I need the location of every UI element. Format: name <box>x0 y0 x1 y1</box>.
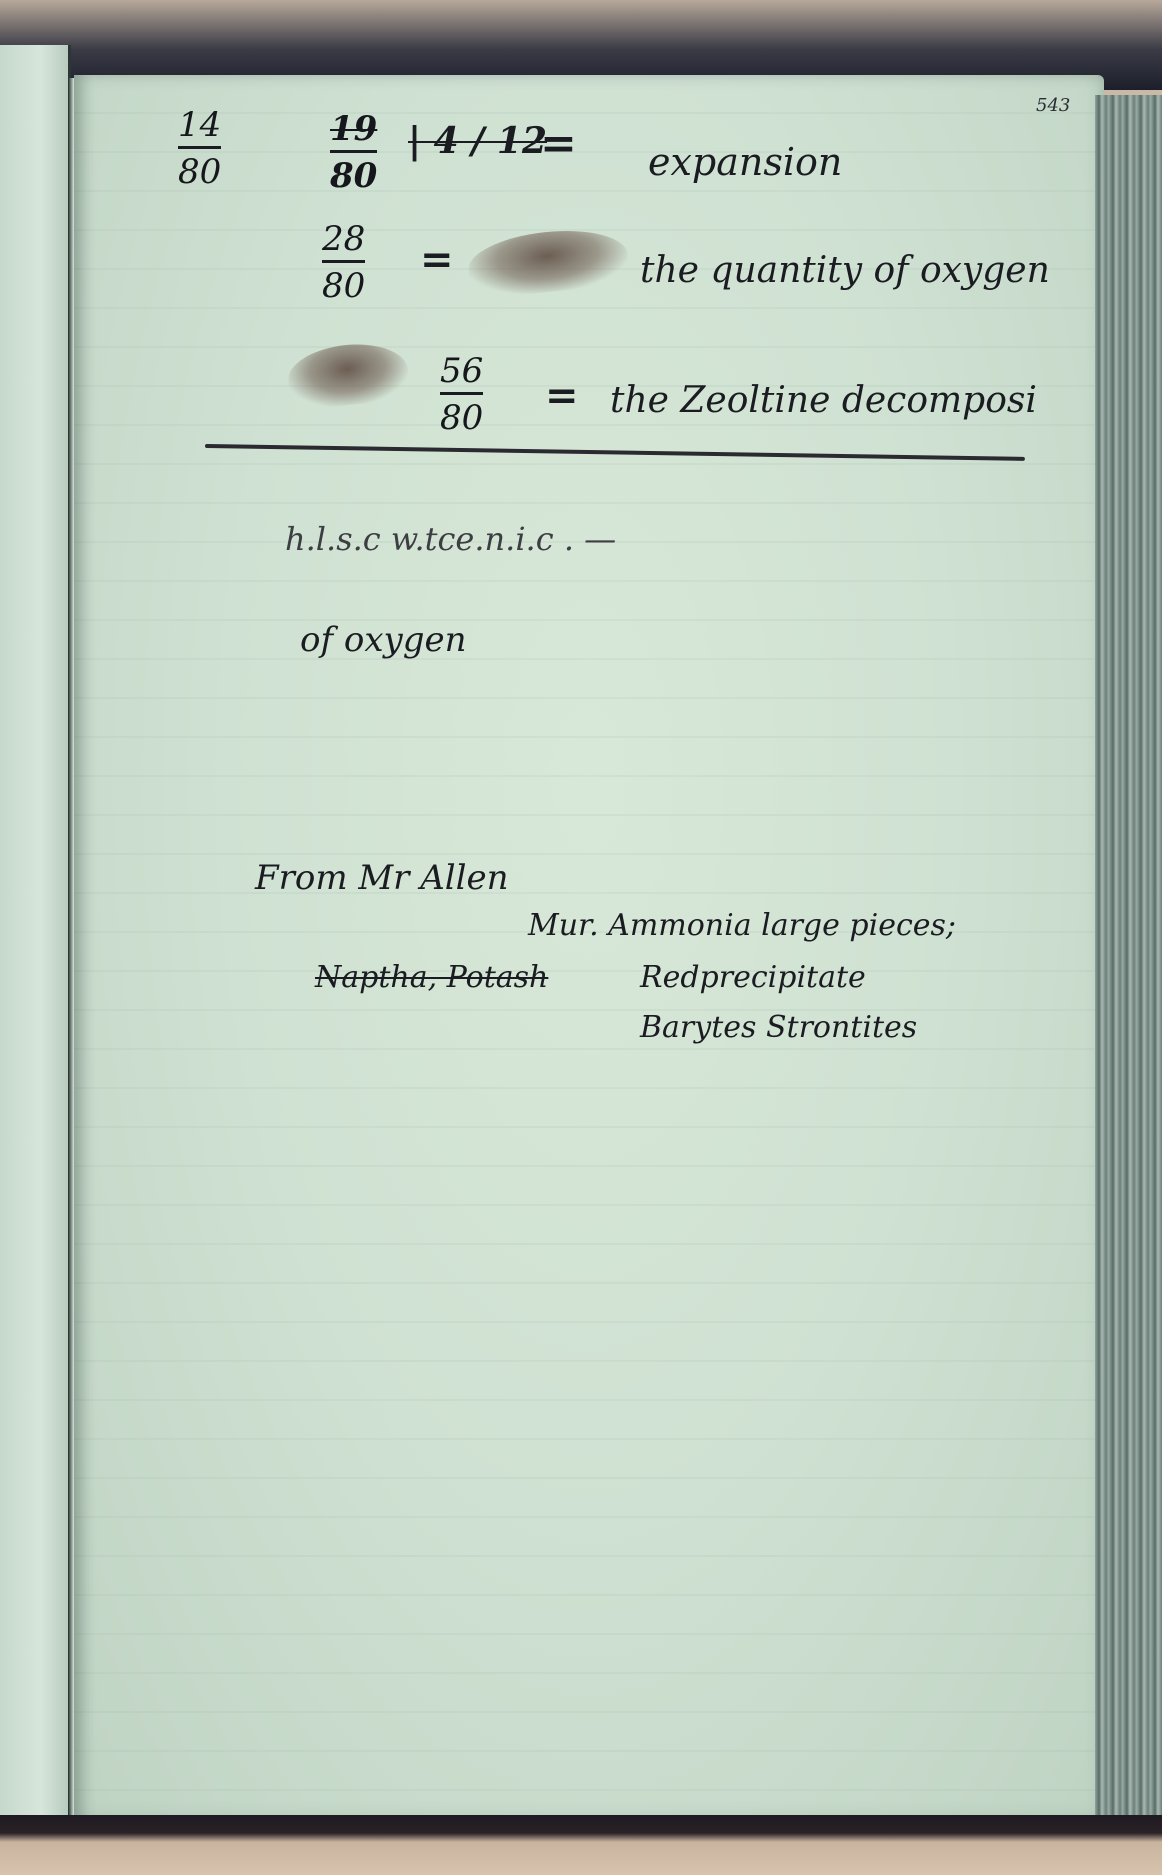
handwritten-quantity-of-oxygen: the quantity of oxygen <box>640 250 1050 291</box>
handwritten-zeoltine-decomposition: the Zeoltine decomposi <box>610 380 1037 421</box>
note-line-red-precipitate: Redprecipitate <box>640 960 866 995</box>
equals-sign: = <box>420 236 454 283</box>
left-page-edge <box>0 45 71 1845</box>
equals-sign: = <box>540 118 577 169</box>
note-line-barytes-strontites: Barytes Strontites <box>640 1010 917 1045</box>
denominator: 80 <box>322 269 365 303</box>
page-number: 543 <box>1036 95 1070 116</box>
denominator: 80 <box>178 155 221 189</box>
fraction-28-80: 28 80 <box>322 222 365 303</box>
note-struck-naptha-potash: Naptha, Potash <box>315 960 548 995</box>
denominator: 80 <box>330 159 377 193</box>
faint-note-line: h.l.s.c w.tce.n.i.c . — <box>285 520 616 558</box>
notebook-page <box>74 75 1104 1835</box>
crossed-term: | 4 / 12 <box>408 120 547 162</box>
equals-sign: = <box>545 372 579 419</box>
fraction-bar <box>330 150 377 153</box>
faint-note-of-oxygen: of oxygen <box>300 620 467 660</box>
numerator: 28 <box>322 222 365 256</box>
page-stack-edges <box>1095 95 1162 1830</box>
fraction-56-80: 56 80 <box>440 354 483 435</box>
fraction-14-80: 14 80 <box>178 108 221 189</box>
note-line-mur-ammonia: Mur. Ammonia large pieces; <box>528 908 956 943</box>
note-heading-from-mr-allen: From Mr Allen <box>255 858 509 898</box>
fraction-19-80: 19 80 <box>330 112 377 193</box>
fraction-bar <box>322 260 365 263</box>
fraction-bar <box>178 146 221 149</box>
denominator: 80 <box>440 401 483 435</box>
desk-background-bottom <box>0 1815 1162 1875</box>
numerator: 14 <box>178 108 221 142</box>
fraction-bar <box>440 392 483 395</box>
handwritten-expansion: expansion <box>648 140 842 184</box>
numerator: 19 <box>330 112 377 146</box>
numerator: 56 <box>440 354 483 388</box>
